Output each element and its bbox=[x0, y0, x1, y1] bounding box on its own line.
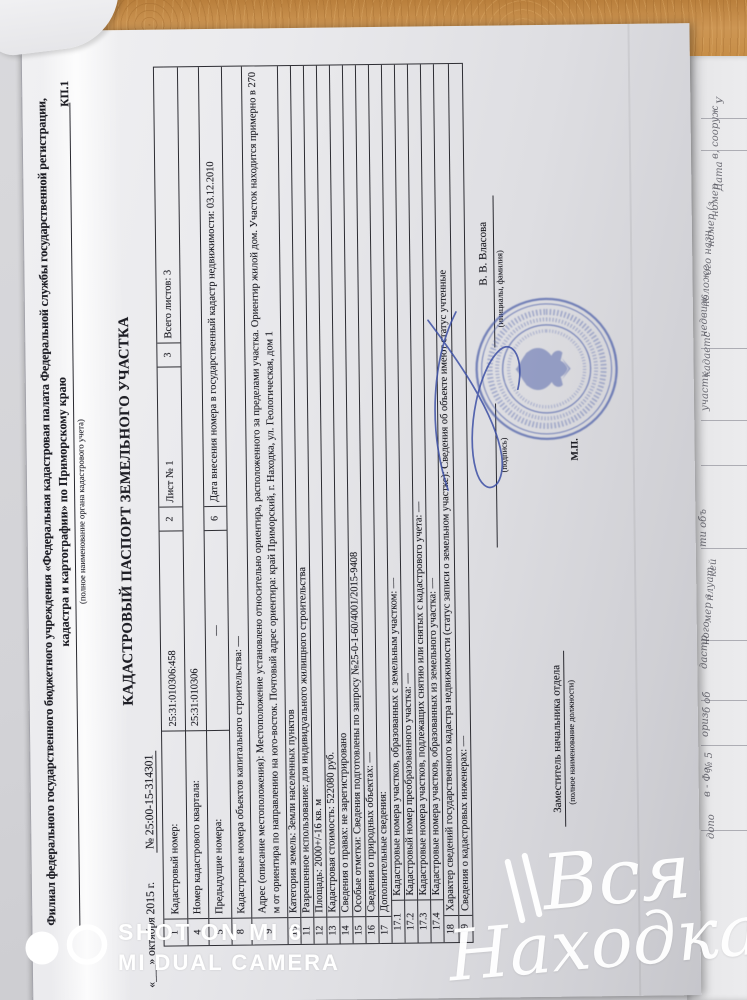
table-cell: Номер кадастрового квартала: bbox=[186, 731, 208, 919]
sheet-text-fragment: кадаетс bbox=[702, 332, 713, 377]
camera-watermark-line2: MI DUAL CAMERA bbox=[118, 950, 340, 976]
sheet-rule-line bbox=[701, 118, 747, 119]
table-cell: 25:31:010306:458 bbox=[160, 531, 185, 731]
handwritten-signature bbox=[416, 307, 533, 508]
table-cell: — bbox=[205, 531, 229, 731]
document-number: № 25:00-15-314301 bbox=[142, 751, 157, 854]
sheet-rule-line bbox=[701, 150, 747, 151]
table-cell: Предыдущие номера: bbox=[207, 731, 231, 919]
sheet-text-fragment: б об bbox=[702, 692, 713, 713]
row-number-cell: 16 bbox=[366, 917, 378, 943]
sheet-text-fragment: ориз bbox=[700, 713, 711, 737]
sheet-text-fragment: участк bbox=[700, 372, 711, 411]
sheet-text-fragment: У bbox=[716, 97, 727, 104]
document-title: КАДАСТРОВЫЙ ПАСПОРТ ЗЕМЕЛЬНОГО УЧАСТКА bbox=[112, 32, 141, 990]
row-number-cell: 2 bbox=[159, 507, 182, 531]
sheet-rule-line bbox=[701, 420, 747, 421]
ring-circle-icon bbox=[70, 927, 105, 962]
row-number-cell: 12 bbox=[314, 918, 326, 944]
table-cell: Кадастровый номер: bbox=[162, 731, 187, 919]
row-number-cell: 17.2 bbox=[405, 901, 418, 943]
table-cell: Всего листов: 3 bbox=[154, 67, 180, 343]
position-caption: (полное наименование должности) bbox=[566, 680, 577, 805]
row-number-cell: 3 bbox=[157, 343, 180, 367]
row-number-cell: 14 bbox=[340, 917, 352, 943]
row-number-cell: 17.1 bbox=[392, 901, 405, 943]
sheet-text-fragment: дастр bbox=[699, 635, 710, 669]
camera-watermark-line1: SHOT ON MI 6 bbox=[118, 919, 304, 946]
row-number-cell: 13 bbox=[327, 917, 339, 943]
sheet-rule-line bbox=[701, 745, 747, 746]
row-number-cell: 17 bbox=[379, 917, 391, 943]
sheet-text-fragment: мер з bbox=[703, 594, 714, 623]
stamp-place-label: М.П. bbox=[569, 438, 580, 460]
signatory-name: В. В. Власова bbox=[477, 222, 490, 286]
table-cell: Лист № 1 bbox=[158, 367, 183, 507]
filled-circle-icon bbox=[26, 932, 59, 965]
sheet-text-fragment: в, сооруж bbox=[710, 106, 721, 159]
sheet-text-fragment: в - Фе bbox=[702, 767, 713, 797]
sheet-rule-line bbox=[701, 548, 747, 549]
row-number-cell: 17.4 bbox=[431, 900, 444, 942]
photo-of-cadastral-passport: Ув, сооружДатаномерномер (зого назнполож… bbox=[0, 0, 747, 1000]
row-number-cell: 6 bbox=[204, 507, 226, 531]
sheet-rule-line bbox=[701, 465, 747, 466]
row-number-cell: 17.3 bbox=[418, 900, 431, 942]
form-code: КП.1 bbox=[59, 81, 71, 107]
row-number-cell: 15 bbox=[353, 917, 365, 943]
sheet-text-fragment: ти объ bbox=[698, 509, 709, 547]
sheet-text-fragment: недвиж bbox=[699, 295, 710, 337]
signatory-position: Заместитель начальника отдела bbox=[550, 651, 566, 827]
camera-watermark-icon bbox=[18, 924, 113, 974]
sheet-text-fragment: допо bbox=[706, 814, 717, 839]
